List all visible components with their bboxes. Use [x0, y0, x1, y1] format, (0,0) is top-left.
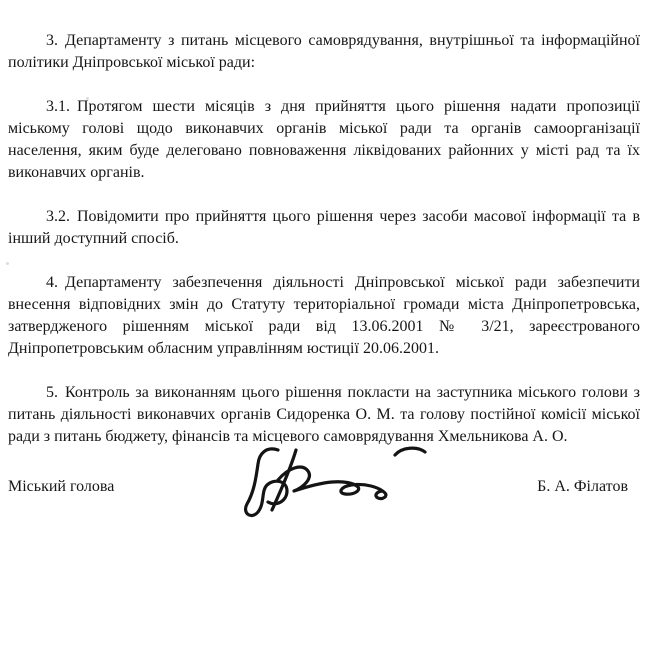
- paragraph-number: 4.: [46, 274, 58, 291]
- paragraph-4: 4.Департаменту забезпечення діяльності Д…: [8, 272, 640, 360]
- paragraph-3-2: 3.2.Повідомити про прийняття цього рішен…: [8, 206, 640, 250]
- scan-speck: [86, 97, 89, 100]
- paragraph-text: Протягом шести місяців з дня прийняття ц…: [8, 98, 640, 181]
- paragraph-text: Контроль за виконанням цього рішення пок…: [8, 384, 640, 445]
- paragraph-3-1: 3.1.Протягом шести місяців з дня прийнят…: [8, 96, 640, 184]
- scanned-document-page: 3.Департаменту з питань місцевого самовр…: [0, 0, 652, 652]
- scan-speck: [6, 262, 9, 265]
- paragraph-number: 5.: [46, 384, 58, 401]
- paragraph-3: 3.Департаменту з питань місцевого самовр…: [8, 30, 640, 74]
- paragraph-number: 3.1.: [46, 98, 70, 115]
- document-body: 3.Департаменту з питань місцевого самовр…: [0, 0, 652, 652]
- signature-block: Міський голова Б. А. Філатов: [8, 476, 640, 520]
- paragraph-text: Департаменту забезпечення діяльності Дні…: [8, 274, 640, 357]
- signer-title: Міський голова: [8, 476, 114, 498]
- paragraph-number: 3.2.: [46, 208, 70, 225]
- signer-name: Б. А. Філатов: [537, 476, 628, 498]
- paragraph-5: 5.Контроль за виконанням цього рішення п…: [8, 382, 640, 448]
- scan-speck: [586, 40, 589, 43]
- paragraph-text: Повідомити про прийняття цього рішення ч…: [8, 208, 640, 247]
- paragraph-text: Департаменту з питань місцевого самовряд…: [8, 32, 640, 71]
- paragraph-number: 3.: [46, 32, 58, 49]
- handwritten-signature-icon: [232, 442, 432, 524]
